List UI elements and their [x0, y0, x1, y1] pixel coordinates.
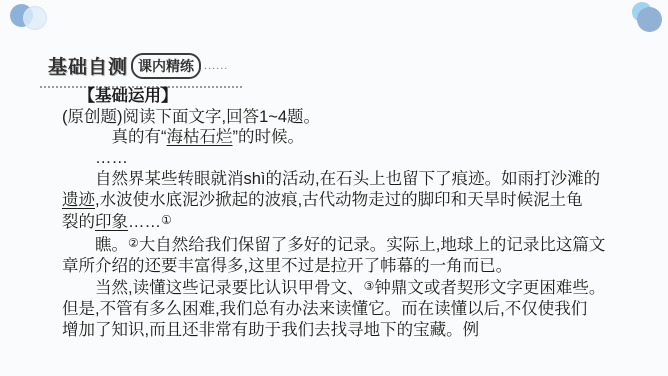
footnote-marker: ②: [128, 236, 139, 250]
top-right-large-circle-icon: [637, 7, 662, 32]
text-segment: 但是,不管有多么困难,我们总有办法来读懂它。而在读懂以后,不仅使我们: [62, 300, 587, 318]
header-badge: 课内精练: [131, 53, 201, 79]
body-line: 当然,读懂这些记录要比认识甲骨文、③钟鼎文或者契形文字更困难些。: [62, 276, 618, 299]
underlined-text: 遗迹: [62, 191, 95, 209]
header-title: 基础自测: [48, 52, 128, 79]
body-line: 但是,不管有多么困难,我们总有办法来读懂它。而在读懂以后,不仅使我们: [62, 299, 618, 320]
footnote-marker: ③: [364, 279, 375, 293]
text-segment: 【基础运用】: [79, 87, 178, 105]
text-segment: (原创题)阅读下面文字,回答1~4题。: [62, 108, 320, 126]
body-line: 增加了知识,而且还非常有助于我们去找寻地下的宝藏。例: [62, 320, 618, 341]
text-segment: ”的时候。: [233, 128, 305, 146]
body-line: 【基础运用】: [62, 86, 618, 107]
header-trail-dots: ......: [204, 60, 228, 72]
text-segment: 章所介绍的还要丰富得多,这里不过是拉开了帏幕的一角而已。: [62, 257, 512, 275]
text-segment: 瞧。: [95, 236, 128, 254]
text-segment: 真的有“: [112, 128, 167, 146]
body-line: 瞧。②大自然给我们保留了多好的记录。实际上,地球上的记录比这篇文: [62, 233, 618, 256]
body-line: (原创题)阅读下面文字,回答1~4题。: [62, 107, 618, 128]
text-segment: 自然界某些转眼就消shì的活动,在石头上也留下了痕迹。如雨打沙滩的: [95, 170, 600, 188]
body-line: ……: [62, 148, 618, 169]
text-segment: 当然,读懂这些记录要比认识甲骨文、: [95, 279, 364, 297]
underlined-text: 海枯石烂: [167, 128, 233, 146]
footnote-marker: ①: [161, 213, 172, 227]
top-left-light-circle-icon: [23, 6, 47, 30]
text-segment: 钟鼎文或者契形文字更困难些。: [374, 279, 605, 297]
body-text: 【基础运用】(原创题)阅读下面文字,回答1~4题。真的有“海枯石烂”的时候。………: [62, 86, 618, 340]
text-segment: ,水波使水底泥沙掀起的波痕,古代动物走过的脚印和天旱时候泥土龟: [95, 191, 583, 209]
text-segment: 裂的: [62, 213, 95, 231]
body-line: 真的有“海枯石烂”的时候。: [62, 127, 618, 148]
body-line: 自然界某些转眼就消shì的活动,在石头上也留下了痕迹。如雨打沙滩的: [62, 169, 618, 190]
underlined-text: 印象: [95, 213, 128, 231]
body-line: 章所介绍的还要丰富得多,这里不过是拉开了帏幕的一角而已。: [62, 256, 618, 277]
text-segment: 增加了知识,而且还非常有助于我们去找寻地下的宝藏。例: [62, 321, 479, 339]
section-header: 基础自测 课内精练 ......: [40, 52, 242, 88]
text-segment: ……: [95, 149, 128, 167]
text-segment: ……: [128, 213, 161, 231]
body-line: 遗迹,水波使水底泥沙掀起的波痕,古代动物走过的脚印和天旱时候泥土龟: [62, 190, 618, 211]
slide: 基础自测 课内精练 ...... 【基础运用】(原创题)阅读下面文字,回答1~4…: [0, 0, 668, 376]
body-line: 裂的印象……①: [62, 210, 618, 233]
text-segment: 大自然给我们保留了多好的记录。实际上,地球上的记录比这篇文: [139, 236, 606, 254]
